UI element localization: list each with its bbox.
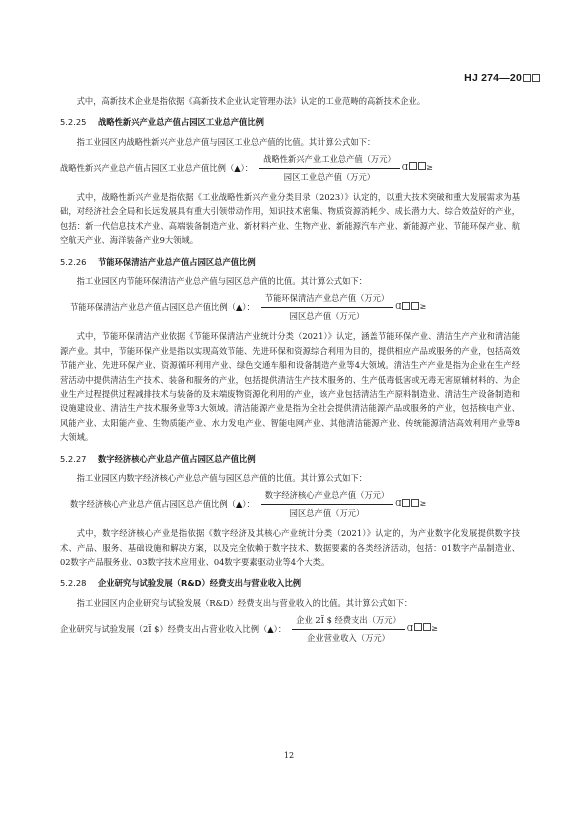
placeholder-box-icon xyxy=(411,302,419,310)
placeholder-box-icon xyxy=(402,499,410,507)
fraction: 战略性新兴产业工业总产值（万元） 园区工业总产值（万元） xyxy=(259,152,400,184)
fraction: 数字经济核心产业总产值（万元） 园区总产值（万元） xyxy=(261,488,393,520)
placeholder-box-icon xyxy=(411,499,419,507)
placeholder-box-icon xyxy=(414,623,422,631)
formula: 企业研究与试验发展（2Ĩ $）经费支出占营业收入比例（▲）： 企业 2Ĩ $ 经… xyxy=(60,613,520,645)
formula-tail: Ɑ≥ xyxy=(407,622,438,636)
section-lead: 指工业园区内数字经济核心产业总产值与园区总产值的比值。其计算公式如下： xyxy=(60,471,520,485)
section-explanation: 式中，数字经济核心产业是指依据《数字经济及其核心产业统计分类（2021）》认定的… xyxy=(60,526,520,569)
placeholder-box-icon xyxy=(423,623,431,631)
placeholder-box-icon xyxy=(402,302,410,310)
placeholder-box-icon xyxy=(418,162,426,170)
page-body: 式中，高新技术企业是指依据《高新技术企业认定管理办法》认定的工业范畴的高新技术企… xyxy=(60,94,520,651)
intro-paragraph: 式中，高新技术企业是指依据《高新技术企业认定管理办法》认定的工业范畴的高新技术企… xyxy=(60,94,520,108)
formula: 节能环保清洁产业总产值占园区总产值比例（▲）： 节能环保清洁产业总产值（万元） … xyxy=(60,291,520,323)
formula-tail: Ɑ≥ xyxy=(402,161,433,175)
formula-tail: Ɑ≥ xyxy=(395,497,426,511)
formula: 数字经济核心产业总产值占园区总产值比例（▲）： 数字经济核心产业总产值（万元） … xyxy=(60,488,520,520)
page-number: 12 xyxy=(0,751,578,760)
section-explanation: 式中，战略性新兴产业是指依据《工业战略性新兴产业分类目录（2023）》认定的，以… xyxy=(60,190,520,248)
section-heading-5-2-28: 5.2.28企业研究与试验发展（R&D）经费支出与营业收入比例 xyxy=(60,576,520,590)
section-lead: 指工业园区内战略性新兴产业总产值与园区工业总产值的比值。其计算公式如下： xyxy=(60,135,520,149)
section-heading-5-2-26: 5.2.26节能环保清洁产业总产值占园区总产值比例 xyxy=(60,255,520,269)
placeholder-box-icon xyxy=(409,162,417,170)
section-heading-5-2-25: 5.2.25战略性新兴产业总产值占园区工业总产值比例 xyxy=(60,115,520,129)
fraction: 节能环保清洁产业总产值（万元） 园区总产值（万元） xyxy=(261,291,393,323)
section-lead: 指工业园区内企业研究与试验发展（R&D）经费支出与营业收入的比值。其计算公式如下… xyxy=(60,596,520,610)
section-heading-5-2-27: 5.2.27数字经济核心产业总产值占园区总产值比例 xyxy=(60,452,520,466)
document-code: HJ 274—20 xyxy=(464,72,522,84)
placeholder-box-icon xyxy=(532,74,540,82)
formula-tail: Ɑ≥ xyxy=(395,300,426,314)
section-lead: 指工业园区内节能环保清洁产业总产值与园区总产值的比值。其计算公式如下： xyxy=(60,274,520,288)
placeholder-box-icon xyxy=(523,74,531,82)
formula: 战略性新兴产业总产值占园区工业总产值比例（▲）： 战略性新兴产业工业总产值（万元… xyxy=(60,152,520,184)
document-code-header: HJ 274—20 xyxy=(464,72,540,84)
section-explanation: 式中，节能环保清洁产业依据《节能环保清洁产业统计分类（2021）》认定，涵盖节能… xyxy=(60,329,520,444)
fraction: 企业 2Ĩ $ 经费支出（万元） 企业营业收入（万元） xyxy=(292,613,405,645)
